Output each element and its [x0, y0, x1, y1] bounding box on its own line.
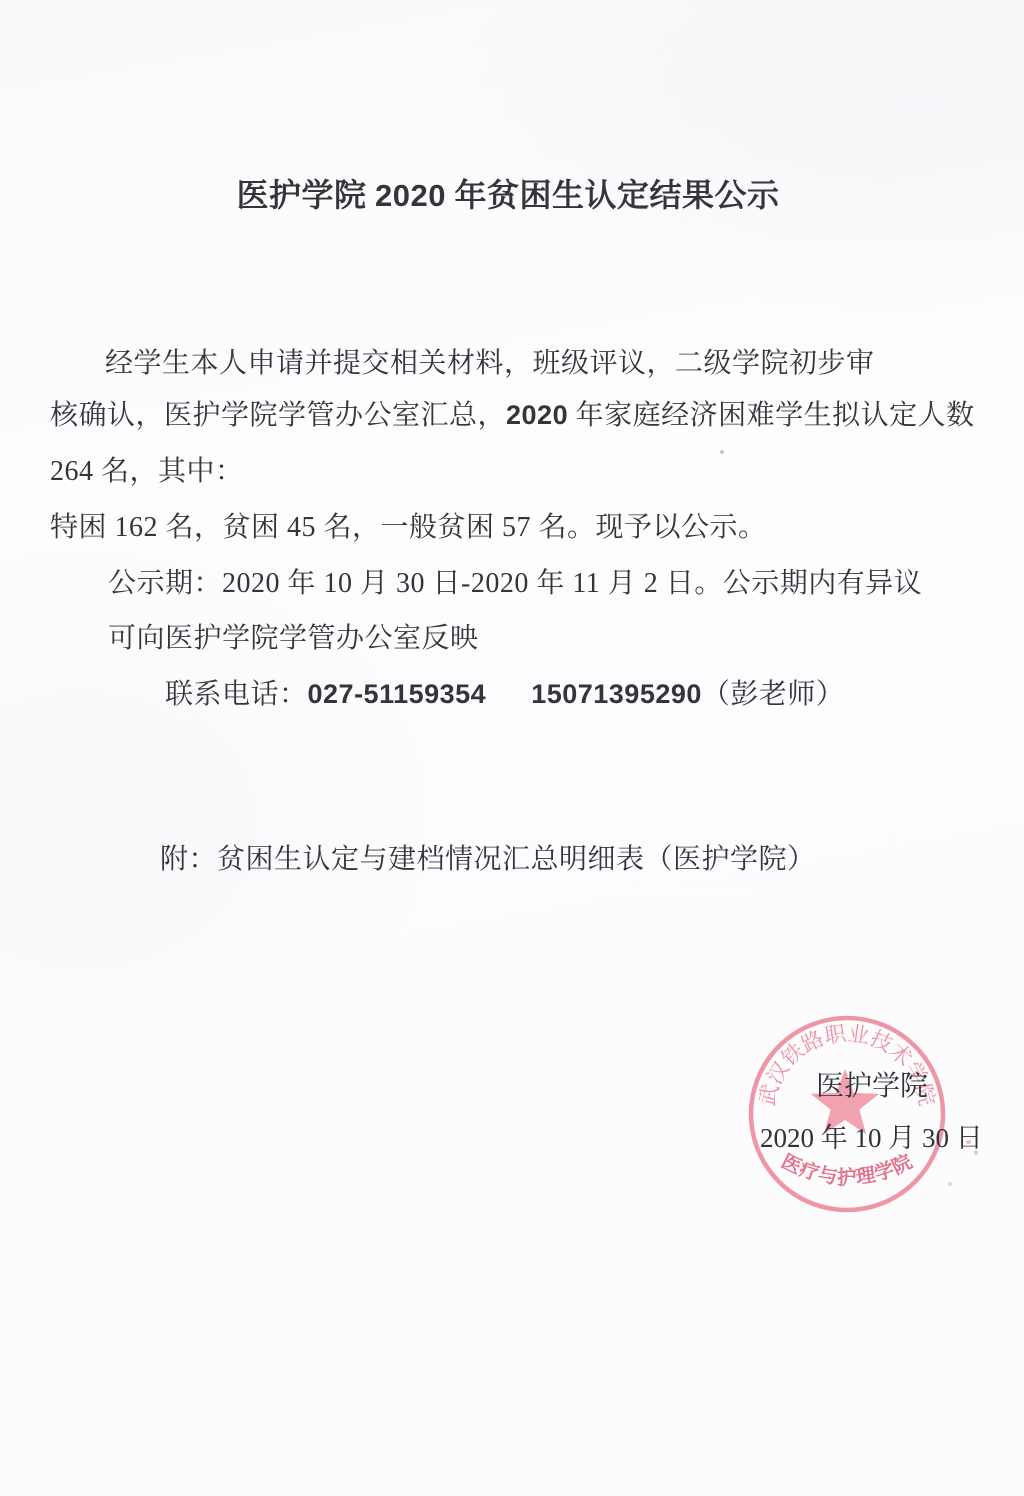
body-line-3: 264 名，其中： [50, 449, 244, 489]
title-subject-text: 年贫困生认定结果公示 [446, 177, 780, 213]
body-line-1: 经学生本人申请并提交相关材料，班级评议，二级学院初步审 [105, 341, 875, 381]
contact-phone-1: 027-51159354 [308, 679, 487, 709]
body-line-2-text-b: 年家庭经济困难学生拟认定人数 [568, 400, 975, 431]
contact-line: 联系电话：027-5115935415071395290（彭老师） [165, 672, 844, 712]
title-year-text: 2020 [375, 178, 446, 213]
scan-speck [720, 450, 724, 454]
seal-bottom-text-path: 医疗与护理学院 [778, 1150, 916, 1189]
signature-org: 医护学院 [816, 1064, 928, 1104]
body-line-4: 特困 162 名，贫困 45 名，一般贫困 57 名。现予以公示。 [50, 505, 767, 545]
body-line-2-text-a: 核确认，医护学院学管办公室汇总， [50, 400, 506, 431]
body-line-5: 公示期：2020 年 10 月 30 日-2020 年 11 月 2 日。公示期… [108, 561, 922, 601]
body-line-2-year: 2020 [506, 400, 568, 430]
contact-label: 联系电话： [165, 679, 308, 710]
seal-bottom-text: 医疗与护理学院 [778, 1150, 916, 1189]
title-org-text: 医护学院 [237, 177, 376, 213]
official-seal-stamp: 武汉铁路职业技术学院 医疗与护理学院 [746, 1014, 948, 1216]
document-title: 医护学院 2020 年贫困生认定结果公示 [0, 170, 1016, 216]
signature-date: 2020 年 10 月 30 日 [760, 1116, 983, 1155]
contact-phone-2: 15071395290 [531, 679, 702, 709]
body-line-6: 可向医护学院学管办公室反映 [108, 616, 479, 656]
body-line-2: 核确认，医护学院学管办公室汇总，2020 年家庭经济困难学生拟认定人数 [50, 393, 975, 433]
contact-suffix: （彭老师） [702, 679, 845, 710]
scanned-document-page: 医护学院 2020 年贫困生认定结果公示 经学生本人申请并提交相关材料，班级评议… [0, 0, 1024, 1496]
attachment-line: 附：贫困生认定与建档情况汇总明细表（医护学院） [160, 837, 816, 877]
ink-speck [948, 1182, 952, 1186]
